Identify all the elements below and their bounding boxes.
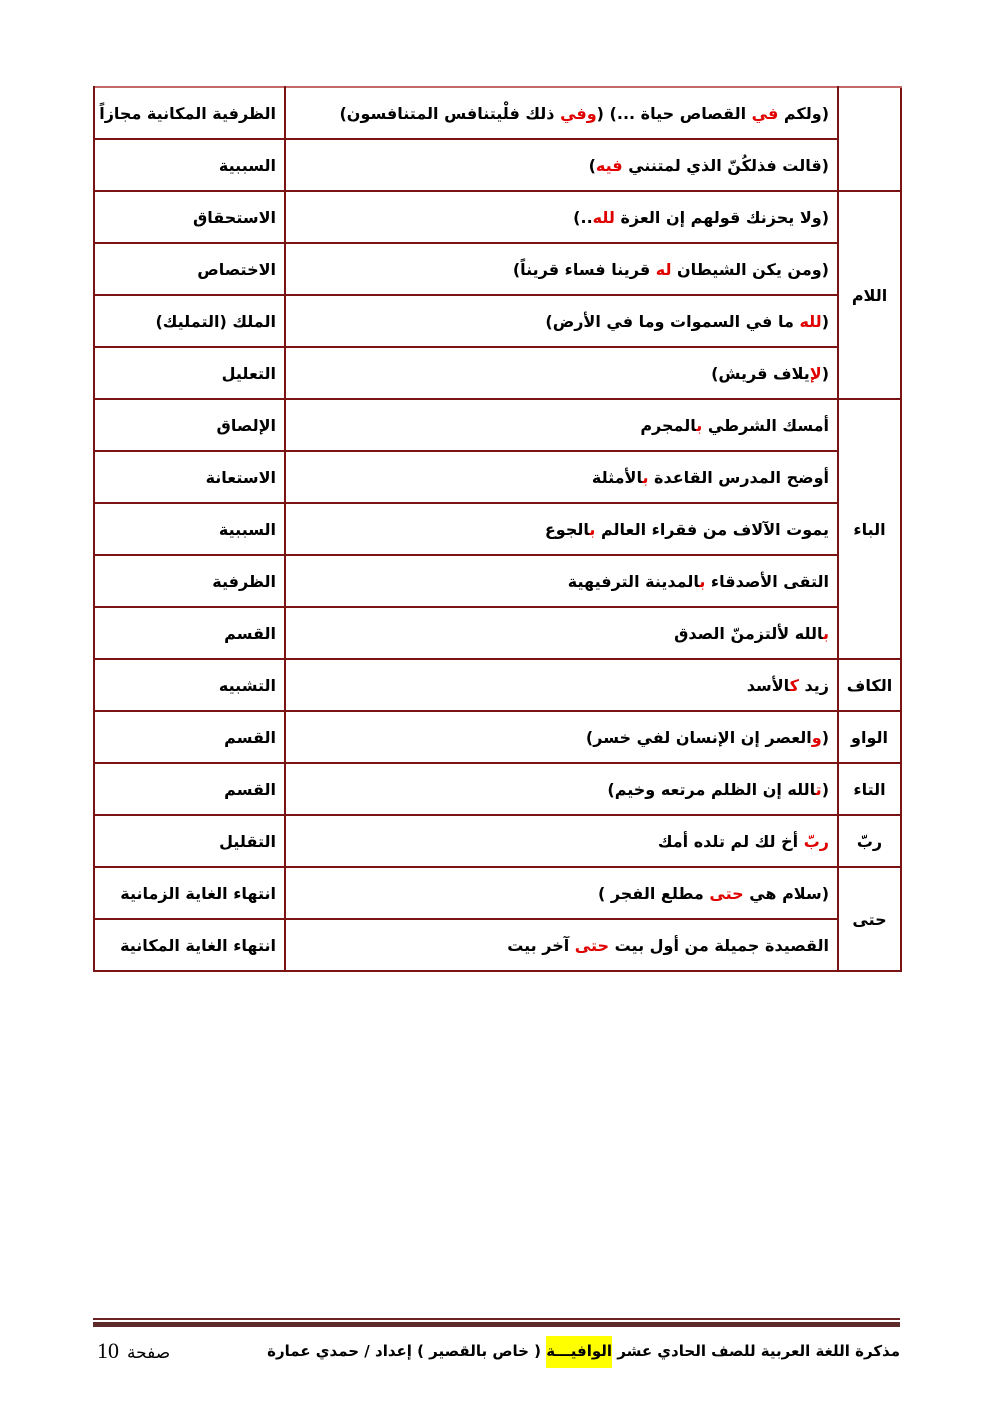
example-text: الأمثلة [592,468,643,487]
highlighted-particle: حتى [575,936,609,955]
example-text: ( [822,780,829,799]
example-text: ( [822,312,829,331]
example-cell: (سلام هي حتى مطلع الفجر ) [285,867,838,919]
example-text: ( [822,364,829,383]
meaning-cell: السببية [94,139,285,191]
example-text: آخر بيت [507,936,575,955]
highlighted-particle: لله [593,208,615,227]
footer-rule-thick [93,1322,900,1327]
document-page: (ولكم في القصاص حياة ...) (وفي ذلك فلْيت… [0,0,992,1403]
page-number: صفحة10 [97,1338,170,1364]
highlighted-particle: و [812,728,822,747]
table-row: الكاف زيد كالأسد التشبيه [94,659,901,711]
meaning-cell: القسم [94,711,285,763]
example-text: ذلك فلْيتنافس المتنافسون) [339,104,560,123]
highlighted-particle: ب [823,624,829,643]
letter-cell: حتى [838,867,901,971]
example-text: يموت الآلاف من فقراء العالم [595,520,829,539]
example-cell: ربّ أخ لك لم تلده أمك [285,815,838,867]
table-row: القصيدة جميلة من أول بيت حتى آخر بيت انت… [94,919,901,971]
table-row: الباء أمسك الشرطي بالمجرم الإلصاق [94,399,901,451]
example-text: أخ لك لم تلده أمك [658,832,804,851]
example-text: الأسد [747,676,790,695]
example-cell: أمسك الشرطي بالمجرم [285,399,838,451]
example-text: قرينا فساء قريناً) [513,260,656,279]
example-text: ما في السموات وما في الأرض) [545,312,799,331]
table-row: (لإيلاف قريش) التعليل [94,347,901,399]
letter-cell: التاء [838,763,901,815]
example-text: (ومن يكن الشيطان [671,260,829,279]
prepositions-table: (ولكم في القصاص حياة ...) (وفي ذلك فلْيت… [93,86,902,972]
table-row: ربّ ربّ أخ لك لم تلده أمك التقليل [94,815,901,867]
table-row: (ومن يكن الشيطان له قرينا فساء قريناً) ا… [94,243,901,295]
example-cell: التقى الأصدقاء بالمدينة الترفيهية [285,555,838,607]
footer-rule [93,1318,900,1327]
meaning-cell: الملك (التمليك) [94,295,285,347]
table-row: الواو (والعصر إن الإنسان لفي خسر) القسم [94,711,901,763]
example-cell: (لإيلاف قريش) [285,347,838,399]
example-text: أوضح المدرس القاعدة [648,468,829,487]
meaning-cell: الظرفية [94,555,285,607]
table-row: التاء (تالله إن الظلم مرتعه وخيم) القسم [94,763,901,815]
highlighted-particle: وفي [560,104,597,123]
letter-cell: الواو [838,711,901,763]
meaning-cell: الظرفية المكانية مجازاً [94,87,285,139]
meaning-cell: السببية [94,503,285,555]
highlighted-particle: له [656,260,672,279]
letter-cell: اللام [838,191,901,399]
example-text: مطلع الفجر ) [598,884,709,903]
table-row: أوضح المدرس القاعدة بالأمثلة الاستعانة [94,451,901,503]
example-cell: أوضح المدرس القاعدة بالأمثلة [285,451,838,503]
example-text: (قالت فذلكُنّ الذي لمتنني [623,156,829,175]
meaning-cell: الاختصاص [94,243,285,295]
example-text: ..) [573,208,592,227]
example-text: (سلام هي [744,884,829,903]
meaning-cell: الإلصاق [94,399,285,451]
highlighted-particle: لإ [810,364,822,383]
highlighted-particle: فيه [596,156,623,175]
example-cell: (ومن يكن الشيطان له قرينا فساء قريناً) [285,243,838,295]
meaning-cell: التقليل [94,815,285,867]
meaning-cell: انتهاء الغاية الزمانية [94,867,285,919]
table-row: بالله لألتزمنّ الصدق القسم [94,607,901,659]
example-text: العصر إن الإنسان لفي خسر) [586,728,812,747]
example-cell: (قالت فذلكُنّ الذي لمتنني فيه) [285,139,838,191]
example-text: التقى الأصدقاء [705,572,829,591]
example-cell: زيد كالأسد [285,659,838,711]
example-text: (ولا يحزنك قولهم إن العزة [615,208,829,227]
meaning-cell: الاستعانة [94,451,285,503]
meaning-cell: انتهاء الغاية المكانية [94,919,285,971]
table-row: حتى (سلام هي حتى مطلع الفجر ) انتهاء الغ… [94,867,901,919]
footer-text-part: مذكرة اللغة العربية للصف الحادي عشر [612,1342,900,1360]
example-text: الجوع [545,520,590,539]
footer-highlighted-word: الوافيـــة [546,1336,612,1368]
example-cell: (ولا يحزنك قولهم إن العزة لله..) [285,191,838,243]
highlighted-particle: ك [790,676,799,695]
table-row: (ولكم في القصاص حياة ...) (وفي ذلك فلْيت… [94,87,901,139]
example-text: الله لألتزمنّ الصدق [674,624,823,643]
meaning-cell: الاستحقاق [94,191,285,243]
meaning-cell: التشبيه [94,659,285,711]
highlighted-particle: ربّ [804,832,829,851]
table-row: (قالت فذلكُنّ الذي لمتنني فيه) السببية [94,139,901,191]
example-cell: يموت الآلاف من فقراء العالم بالجوع [285,503,838,555]
letter-cell: ربّ [838,815,901,867]
meaning-cell: التعليل [94,347,285,399]
table-row: التقى الأصدقاء بالمدينة الترفيهية الظرفي… [94,555,901,607]
example-cell: (تالله إن الظلم مرتعه وخيم) [285,763,838,815]
example-cell: (ولكم في القصاص حياة ...) (وفي ذلك فلْيت… [285,87,838,139]
letter-cell: الباء [838,399,901,659]
meaning-cell: القسم [94,607,285,659]
example-text: زيد [799,676,829,695]
highlighted-particle: حتى [709,884,743,903]
footer-rule-thin [93,1318,900,1320]
letter-cell: الكاف [838,659,901,711]
example-text: أمسك الشرطي [702,416,829,435]
letter-cell [838,87,901,191]
meaning-cell: القسم [94,763,285,815]
footer-text-part: ( خاص بالقصير ) إعداد / حمدي عمارة [267,1342,546,1360]
footer-title: مذكرة اللغة العربية للصف الحادي عشر الوا… [267,1342,900,1360]
table-row: (لله ما في السموات وما في الأرض) الملك (… [94,295,901,347]
example-cell: (لله ما في السموات وما في الأرض) [285,295,838,347]
example-cell: (والعصر إن الإنسان لفي خسر) [285,711,838,763]
example-text: المدينة الترفيهية [568,572,700,591]
example-text: المجرم [640,416,696,435]
highlighted-particle: في [752,104,779,123]
page-footer: مذكرة اللغة العربية للصف الحادي عشر الوا… [93,1338,900,1372]
example-text: القصاص حياة ...) ( [597,104,752,123]
example-cell: بالله لألتزمنّ الصدق [285,607,838,659]
page-number-value: 10 [97,1338,119,1363]
page-label: صفحة [127,1343,170,1363]
table-row: يموت الآلاف من فقراء العالم بالجوع السبب… [94,503,901,555]
example-text: يلاف قريش) [711,364,810,383]
example-text: ( [822,728,829,747]
example-text: (ولكم [778,104,829,123]
example-text: الله إن الظلم مرتعه وخيم) [607,780,815,799]
example-text: ) [589,156,596,175]
highlighted-particle: لله [799,312,821,331]
table-row: اللام (ولا يحزنك قولهم إن العزة لله..) ا… [94,191,901,243]
example-text: القصيدة جميلة من أول بيت [609,936,829,955]
example-cell: القصيدة جميلة من أول بيت حتى آخر بيت [285,919,838,971]
